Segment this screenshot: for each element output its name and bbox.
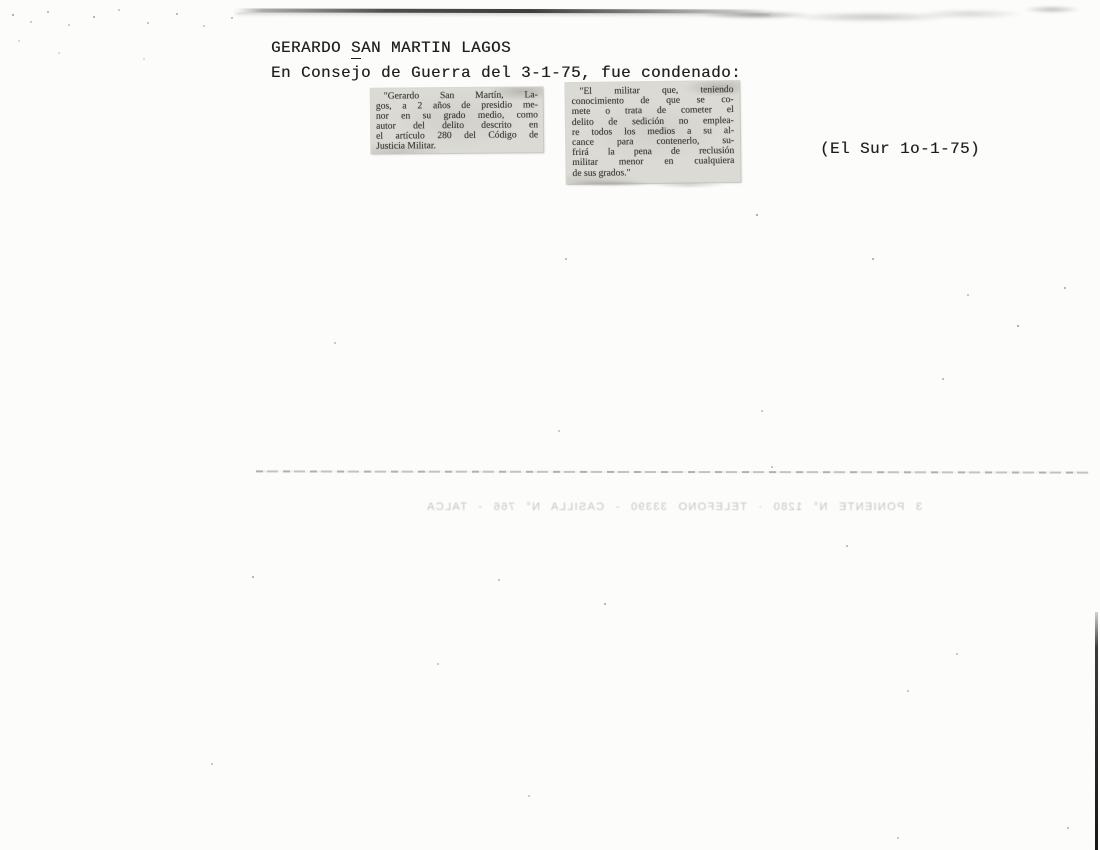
clipping-torn-edge [568, 180, 740, 189]
scan-edge-artifact [1095, 612, 1098, 850]
name-suffix: AN MARTIN LAGOS [361, 39, 511, 57]
fold-line [256, 470, 1090, 473]
newspaper-clipping-sentence: "Gerardo San Martín, La- gos, a 2 años d… [371, 87, 544, 153]
clipping-line: Justicia Militar. [376, 140, 538, 151]
newspaper-clipping-law: "El militar que, teniendo conocimiento d… [565, 81, 740, 184]
scan-smudge-artifact [690, 6, 1020, 26]
scanned-page: GERARDO SAN MARTIN LAGOS En Consejo de G… [0, 0, 1100, 850]
clipping-line: de sus grados." [572, 167, 734, 179]
scan-noise-specks [0, 0, 2, 2]
person-name-heading: GERARDO SAN MARTIN LAGOS [271, 39, 511, 57]
source-citation: (El Sur 1o-1-75) [820, 140, 980, 158]
name-underlined-letter: S [351, 39, 361, 59]
scan-corner-smudge [1012, 3, 1092, 16]
bleed-through-letterhead: 3 PONIENTE N° 1280 · TELEFONO 33390 - CA… [412, 501, 936, 513]
name-prefix: GERARDO [271, 39, 351, 57]
sentence-intro-line: En Consejo de Guerra del 3-1-75, fue con… [271, 64, 741, 82]
